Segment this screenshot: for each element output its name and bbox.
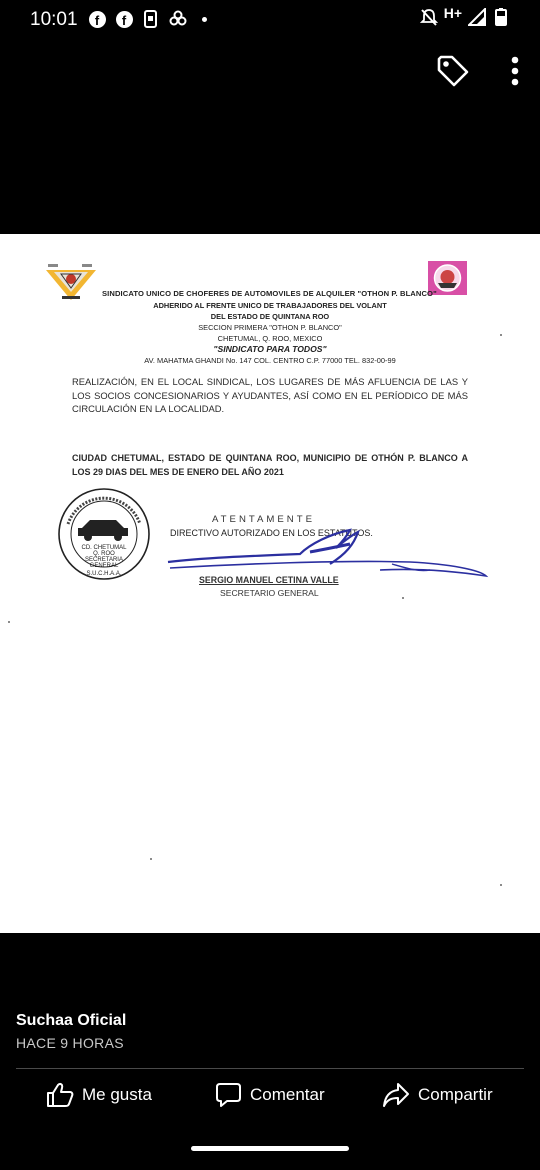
letterhead-line-2: ADHERIDO AL FRENTE UNICO DE TRABAJADORES… (0, 300, 540, 311)
system-icons: H+ (420, 8, 510, 26)
comment-icon (215, 1082, 242, 1108)
letterhead-line-4: SECCION PRIMERA "OTHON P. BLANCO" (0, 322, 540, 333)
letterhead-address: AV. MAHATMA GHANDI No. 147 COL. CENTRO C… (0, 355, 540, 366)
facebook-icon: f (88, 10, 106, 28)
letterhead-line-5: CHETUMAL, Q. ROO, MEXICO (0, 333, 540, 344)
like-label: Me gusta (82, 1085, 152, 1105)
share-label: Compartir (418, 1085, 493, 1105)
battery-icon (492, 8, 510, 26)
tag-icon[interactable] (436, 55, 470, 92)
paragraph-place-date: CIUDAD CHETUMAL, ESTADO DE QUINTANA ROO,… (72, 452, 468, 479)
divider (16, 1068, 524, 1069)
signer-name: SERGIO MANUEL CETINA VALLE (199, 575, 339, 585)
mute-icon (420, 8, 438, 26)
comment-label: Comentar (250, 1085, 325, 1105)
dot-icon (202, 17, 207, 22)
thumbs-up-icon (46, 1082, 74, 1108)
more-vertical-icon[interactable] (510, 56, 520, 91)
status-time: 10:01 (30, 9, 78, 31)
signal-icon (468, 8, 486, 26)
signer-title: SECRETARIO GENERAL (220, 588, 319, 598)
screenshot-icon (142, 10, 160, 28)
scan-speck (500, 334, 502, 336)
scan-speck (402, 597, 404, 599)
letterhead-slogan: "SINDICATO PARA TODOS" (0, 344, 540, 355)
post-author[interactable]: Suchaa Oficial (16, 1012, 126, 1030)
scan-speck (8, 621, 10, 623)
share-icon (382, 1082, 410, 1108)
official-seal: CD. CHETUMAL Q. ROO SECRETARIA GENERAL S… (56, 484, 152, 584)
status-bar: 10:01 f f H+ (0, 0, 540, 40)
letterhead-line-3: DEL ESTADO DE QUINTANA ROO (0, 311, 540, 322)
notification-icons: f f (88, 10, 207, 28)
comment-button[interactable]: Comentar (215, 1082, 325, 1108)
svg-text:GENERAL: GENERAL (90, 563, 119, 569)
like-button[interactable]: Me gusta (46, 1082, 152, 1108)
facebook-icon: f (115, 10, 133, 28)
letterhead-line-1: SINDICATO UNICO DE CHOFERES DE AUTOMOVIL… (102, 289, 437, 298)
post-actions: Me gusta Comentar Compartir (0, 1082, 540, 1118)
scan-speck (500, 884, 502, 886)
photo-document[interactable]: SINDICATO UNICO DE CHOFERES DE AUTOMOVIL… (0, 234, 540, 933)
network-type: H+ (444, 5, 462, 21)
share-button[interactable]: Compartir (382, 1082, 493, 1108)
photo-viewer-toolbar (436, 55, 520, 92)
paragraph-publication: REALIZACIÓN, EN EL LOCAL SINDICAL, LOS L… (72, 375, 468, 416)
scan-speck (150, 858, 152, 860)
home-indicator[interactable] (191, 1146, 349, 1151)
svg-text:S.U.C.H.A.A.: S.U.C.H.A.A. (86, 571, 121, 577)
post-time: HACE 9 HORAS (16, 1035, 124, 1051)
pinwheel-icon (169, 10, 187, 28)
